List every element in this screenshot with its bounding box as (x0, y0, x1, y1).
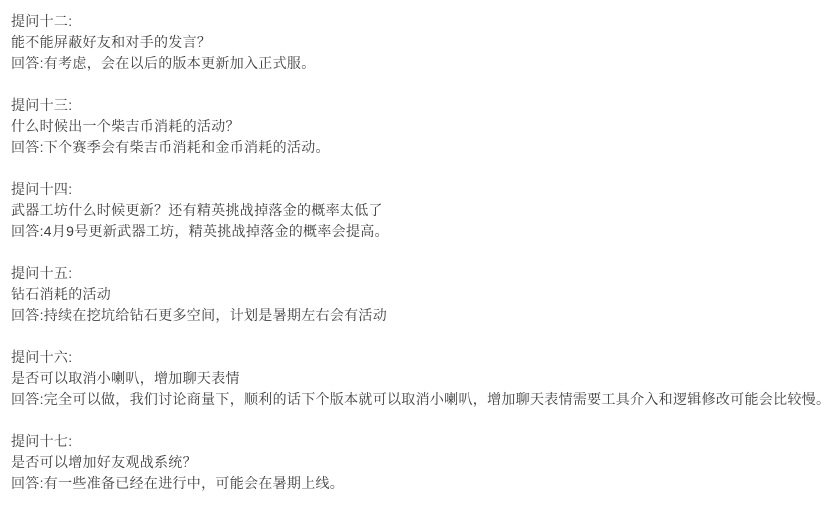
answer-text: 回答:有考虑，会在以后的版本更新加入正式服。 (11, 53, 827, 74)
answer-text: 回答:完全可以做，我们讨论商量下，顺利的话下个版本就可以取消小喇叭，增加聊天表情… (11, 389, 827, 410)
qa-block-17: 提问十七: 是否可以增加好友观战系统？ 回答:有一些准备已经在进行中，可能会在暑… (11, 431, 827, 494)
qa-block-16: 提问十六: 是否可以取消小喇叭，增加聊天表情 回答:完全可以做，我们讨论商量下，… (11, 347, 827, 410)
qa-block-12: 提问十二: 能不能屏蔽好友和对手的发言？ 回答:有考虑，会在以后的版本更新加入正… (11, 11, 827, 74)
qa-block-14: 提问十四: 武器工坊什么时候更新？还有精英挑战掉落金的概率太低了 回答:4月9号… (11, 179, 827, 242)
answer-text: 回答:4月9号更新武器工坊，精英挑战掉落金的概率会提高。 (11, 221, 827, 242)
qa-block-13: 提问十三: 什么时候出一个柴吉币消耗的活动？ 回答:下个赛季会有柴吉币消耗和金币… (11, 95, 827, 158)
answer-text: 回答:下个赛季会有柴吉币消耗和金币消耗的活动。 (11, 137, 827, 158)
question-label: 提问十三: (11, 95, 827, 116)
qa-block-15: 提问十五: 钻石消耗的活动 回答:持续在挖坑给钻石更多空间，计划是暑期左右会有活… (11, 263, 827, 326)
answer-text: 回答:有一些准备已经在进行中，可能会在暑期上线。 (11, 473, 827, 494)
qa-article: 提问十二: 能不能屏蔽好友和对手的发言？ 回答:有考虑，会在以后的版本更新加入正… (0, 0, 839, 494)
question-label: 提问十四: (11, 179, 827, 200)
question-text: 是否可以增加好友观战系统？ (11, 452, 827, 473)
question-text: 钻石消耗的活动 (11, 284, 827, 305)
question-text: 能不能屏蔽好友和对手的发言？ (11, 32, 827, 53)
question-text: 什么时候出一个柴吉币消耗的活动？ (11, 116, 827, 137)
question-label: 提问十二: (11, 11, 827, 32)
question-label: 提问十六: (11, 347, 827, 368)
question-label: 提问十七: (11, 431, 827, 452)
question-text: 是否可以取消小喇叭，增加聊天表情 (11, 368, 827, 389)
answer-text: 回答:持续在挖坑给钻石更多空间，计划是暑期左右会有活动 (11, 305, 827, 326)
question-label: 提问十五: (11, 263, 827, 284)
question-text: 武器工坊什么时候更新？还有精英挑战掉落金的概率太低了 (11, 200, 827, 221)
